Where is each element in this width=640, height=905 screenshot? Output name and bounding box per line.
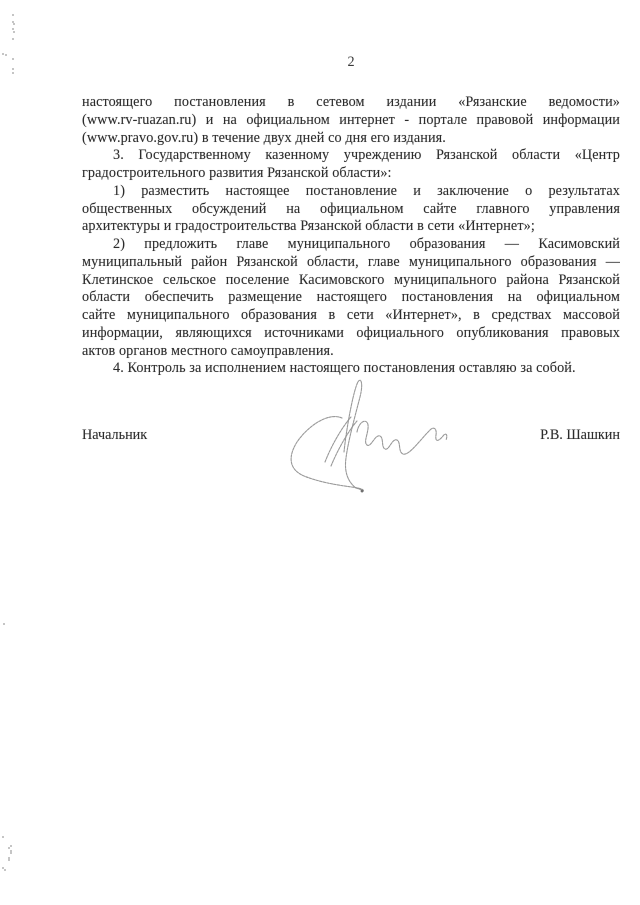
handwritten-signature-icon (280, 372, 460, 502)
text-line: (www.pravo.gov.ru) в течение двух дней с… (82, 130, 620, 148)
text-line: сайте муниципального образования в сети … (82, 307, 620, 325)
text-line: 1) разместить настоящее постановление и … (82, 183, 620, 201)
scan-dot-artifact (13, 23, 15, 25)
text-line: муниципальный район Рязанской области, г… (82, 254, 620, 272)
text-line: градостроительного развития Рязанской об… (82, 165, 620, 183)
scan-dot-artifact (12, 14, 14, 16)
scan-dot-artifact (2, 836, 4, 838)
text-line: Клетинское сельское поселение Касимовско… (82, 272, 620, 290)
signatory-name: Р.В. Шашкин (540, 427, 620, 444)
page-number: 2 (82, 54, 620, 71)
scan-dot-artifact (4, 869, 6, 871)
scan-dot-artifact (8, 847, 10, 849)
text-line: 2) предложить главе муниципального образ… (82, 236, 620, 254)
scan-dot-artifact (12, 28, 14, 30)
scan-dot-artifact (13, 31, 15, 33)
text-line: (www.rv-ruazan.ru) и на официальном инте… (82, 112, 620, 130)
scan-dot-artifact (2, 53, 4, 55)
scan-dot-artifact (12, 38, 14, 40)
scan-dot-artifact (10, 845, 12, 847)
scan-dot-artifact (8, 859, 10, 861)
scan-dot-artifact (12, 58, 14, 60)
scan-dot-artifact (12, 68, 14, 70)
scan-dot-artifact (3, 623, 5, 625)
text-line: 3. Государственному казенному учреждению… (82, 147, 620, 165)
text-line: области обеспечить размещение настоящего… (82, 289, 620, 307)
text-line: общественных обсуждений на официальном с… (82, 201, 620, 219)
scan-dot-artifact (12, 72, 14, 74)
scan-dot-artifact (10, 852, 12, 854)
text-line: информации, являющихся источниками офици… (82, 325, 620, 343)
text-line: актов органов местного самоуправления. (82, 343, 620, 361)
scanned-document-page: 2 настоящего постановления в сетевом изд… (0, 0, 640, 905)
signatory-position: Начальник (82, 427, 147, 444)
text-line: настоящего постановления в сетевом издан… (82, 94, 620, 112)
document-body: настоящего постановления в сетевом издан… (82, 94, 620, 378)
scan-dot-artifact (5, 54, 7, 56)
text-line: архитектуры и градостроительства Рязанск… (82, 218, 620, 236)
